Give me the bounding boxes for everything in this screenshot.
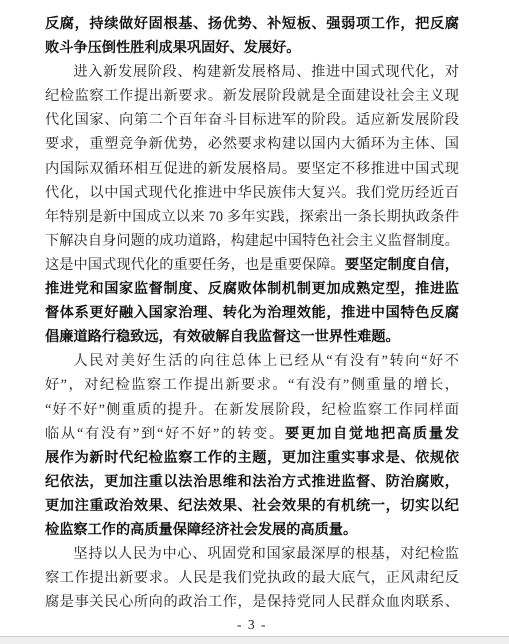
text-line: 代化国家、向第二个百年奋斗目标进军的阶段。适应新发展阶段 [45, 108, 459, 132]
text-line: 展作为新时代纪检监察工作的主题，更加注重实事求是、依规依 [45, 446, 459, 470]
line-bold-text: 推进党和国家监督制度、反腐败体制机制更加成熟定型，推进监 [45, 281, 459, 297]
document-page: 反腐，持续做好固根基、扬优势、补短板、强弱项工作，把反腐 败斗争压倒性胜利成果巩… [0, 0, 509, 644]
line-bold-text: 败斗争压倒性胜利成果巩固好、发展好。 [45, 40, 300, 56]
text-line: 督体系更好融入国家治理、转化为治理效能，推进中国特色反腐 [45, 301, 459, 325]
line-text: 下解决自身问题的成功道路，构建起中国特色社会主义监督制度。 [45, 233, 459, 249]
scan-bottom-edge [0, 636, 509, 644]
text-line: “好不好”侧重质的提升。在新发展阶段，纪检监察工作同样面 [45, 398, 459, 422]
text-line: 进入新发展阶段、构建新发展格局、推进中国式现代化，对 [45, 60, 459, 84]
line-bold-text: 要坚定制度自信， [345, 257, 459, 273]
line-text: 代化国家、向第二个百年奋斗目标进军的阶段。适应新发展阶段 [45, 112, 459, 128]
text-line: 推进党和国家监督制度、反腐败体制机制更加成熟定型，推进监 [45, 277, 459, 301]
page-number: - 3 - [45, 615, 459, 635]
text-line: 这是中国式现代化的重要任务，也是重要保障。要坚定制度自信， [45, 253, 459, 277]
text-block: 反腐，持续做好固根基、扬优势、补短板、强弱项工作，把反腐 败斗争压倒性胜利成果巩… [45, 12, 459, 614]
text-line: 反腐，持续做好固根基、扬优势、补短板、强弱项工作，把反腐 [45, 12, 459, 36]
line-bold-text: 更加注重政治效果、纪法效果、社会效果的有机统一，切实以纪 [45, 498, 459, 514]
text-line: 要求，重塑竞争新优势，必然要求构建以国内大循环为主体、国 [45, 132, 459, 156]
text-line: 检监察工作的高质量保障经济社会发展的高质量。 [45, 518, 459, 542]
line-text: 进入新发展阶段、构建新发展格局、推进中国式现代化，对 [73, 64, 459, 80]
line-text: 临从“有没有”到“好不好”的转变。 [45, 426, 285, 442]
line-text: 好”，对纪检监察工作提出新要求。“有没有”侧重量的增长， [45, 377, 459, 393]
text-line: 纪检监察工作提出新要求。新发展阶段就是全面建设社会主义现 [45, 84, 459, 108]
line-text: 年特别是新中国成立以来 70 多年实践，探索出一条长期执政条件 [45, 209, 459, 225]
line-bold-text: 展作为新时代纪检监察工作的主题，更加注重实事求是、依规依 [45, 450, 459, 466]
line-bold-text: 倡廉道路行稳致远，有效破解自我监督这一世界性难题。 [45, 329, 400, 345]
line-text: “好不好”侧重质的提升。在新发展阶段，纪检监察工作同样面 [45, 402, 459, 418]
line-text: 坚持以人民为中心、巩固党和国家最深厚的根基，对纪检监 [73, 546, 459, 562]
text-line: 人民对美好生活的向往总体上已经从“有没有”转向“好不 [45, 349, 459, 373]
text-line: 腐是事关民心所向的政治工作，是保持党同人民群众血肉联系、 [45, 590, 459, 614]
line-bold-text: 检监察工作的高质量保障经济社会发展的高质量。 [45, 522, 357, 538]
line-text: 察工作提出新要求。人民是我们党执政的最大底气，正风肃纪反 [45, 570, 459, 586]
line-text: 人民对美好生活的向往总体上已经从“有没有”转向“好不 [73, 353, 459, 369]
text-line: 更加注重政治效果、纪法效果、社会效果的有机统一，切实以纪 [45, 494, 459, 518]
line-text: 要求，重塑竞争新优势，必然要求构建以国内大循环为主体、国 [45, 136, 459, 152]
text-line: 倡廉道路行稳致远，有效破解自我监督这一世界性难题。 [45, 325, 459, 349]
line-bold-text: 督体系更好融入国家治理、转化为治理效能，推进中国特色反腐 [45, 305, 459, 321]
text-line: 察工作提出新要求。人民是我们党执政的最大底气，正风肃纪反 [45, 566, 459, 590]
text-line: 内国际双循环相互促进的新发展格局。要坚定不移推进中国式现 [45, 157, 459, 181]
line-text: 代化，以中国式现代化推进中华民族伟大复兴。我们党历经近百 [45, 185, 459, 201]
line-bold-text: 纪依法，更加注重以法治思维和法治方式推进监督、防治腐败， [45, 474, 459, 490]
text-line: 败斗争压倒性胜利成果巩固好、发展好。 [45, 36, 459, 60]
line-text: 这是中国式现代化的重要任务，也是重要保障。 [45, 257, 345, 273]
text-line: 年特别是新中国成立以来 70 多年实践，探索出一条长期执政条件 [45, 205, 459, 229]
text-line: 好”，对纪检监察工作提出新要求。“有没有”侧重量的增长， [45, 373, 459, 397]
text-line: 下解决自身问题的成功道路，构建起中国特色社会主义监督制度。 [45, 229, 459, 253]
text-line: 代化，以中国式现代化推进中华民族伟大复兴。我们党历经近百 [45, 181, 459, 205]
line-text: 腐是事关民心所向的政治工作，是保持党同人民群众血肉联系、 [45, 594, 459, 610]
text-line: 纪依法，更加注重以法治思维和法治方式推进监督、防治腐败， [45, 470, 459, 494]
line-text: 内国际双循环相互促进的新发展格局。要坚定不移推进中国式现 [45, 161, 459, 177]
line-bold-text: 反腐，持续做好固根基、扬优势、补短板、强弱项工作，把反腐 [45, 16, 459, 32]
line-bold-text: 要更加自觉地把高质量发 [285, 426, 459, 442]
line-text: 纪检监察工作提出新要求。新发展阶段就是全面建设社会主义现 [45, 88, 459, 104]
text-line: 临从“有没有”到“好不好”的转变。要更加自觉地把高质量发 [45, 422, 459, 446]
text-line: 坚持以人民为中心、巩固党和国家最深厚的根基，对纪检监 [45, 542, 459, 566]
